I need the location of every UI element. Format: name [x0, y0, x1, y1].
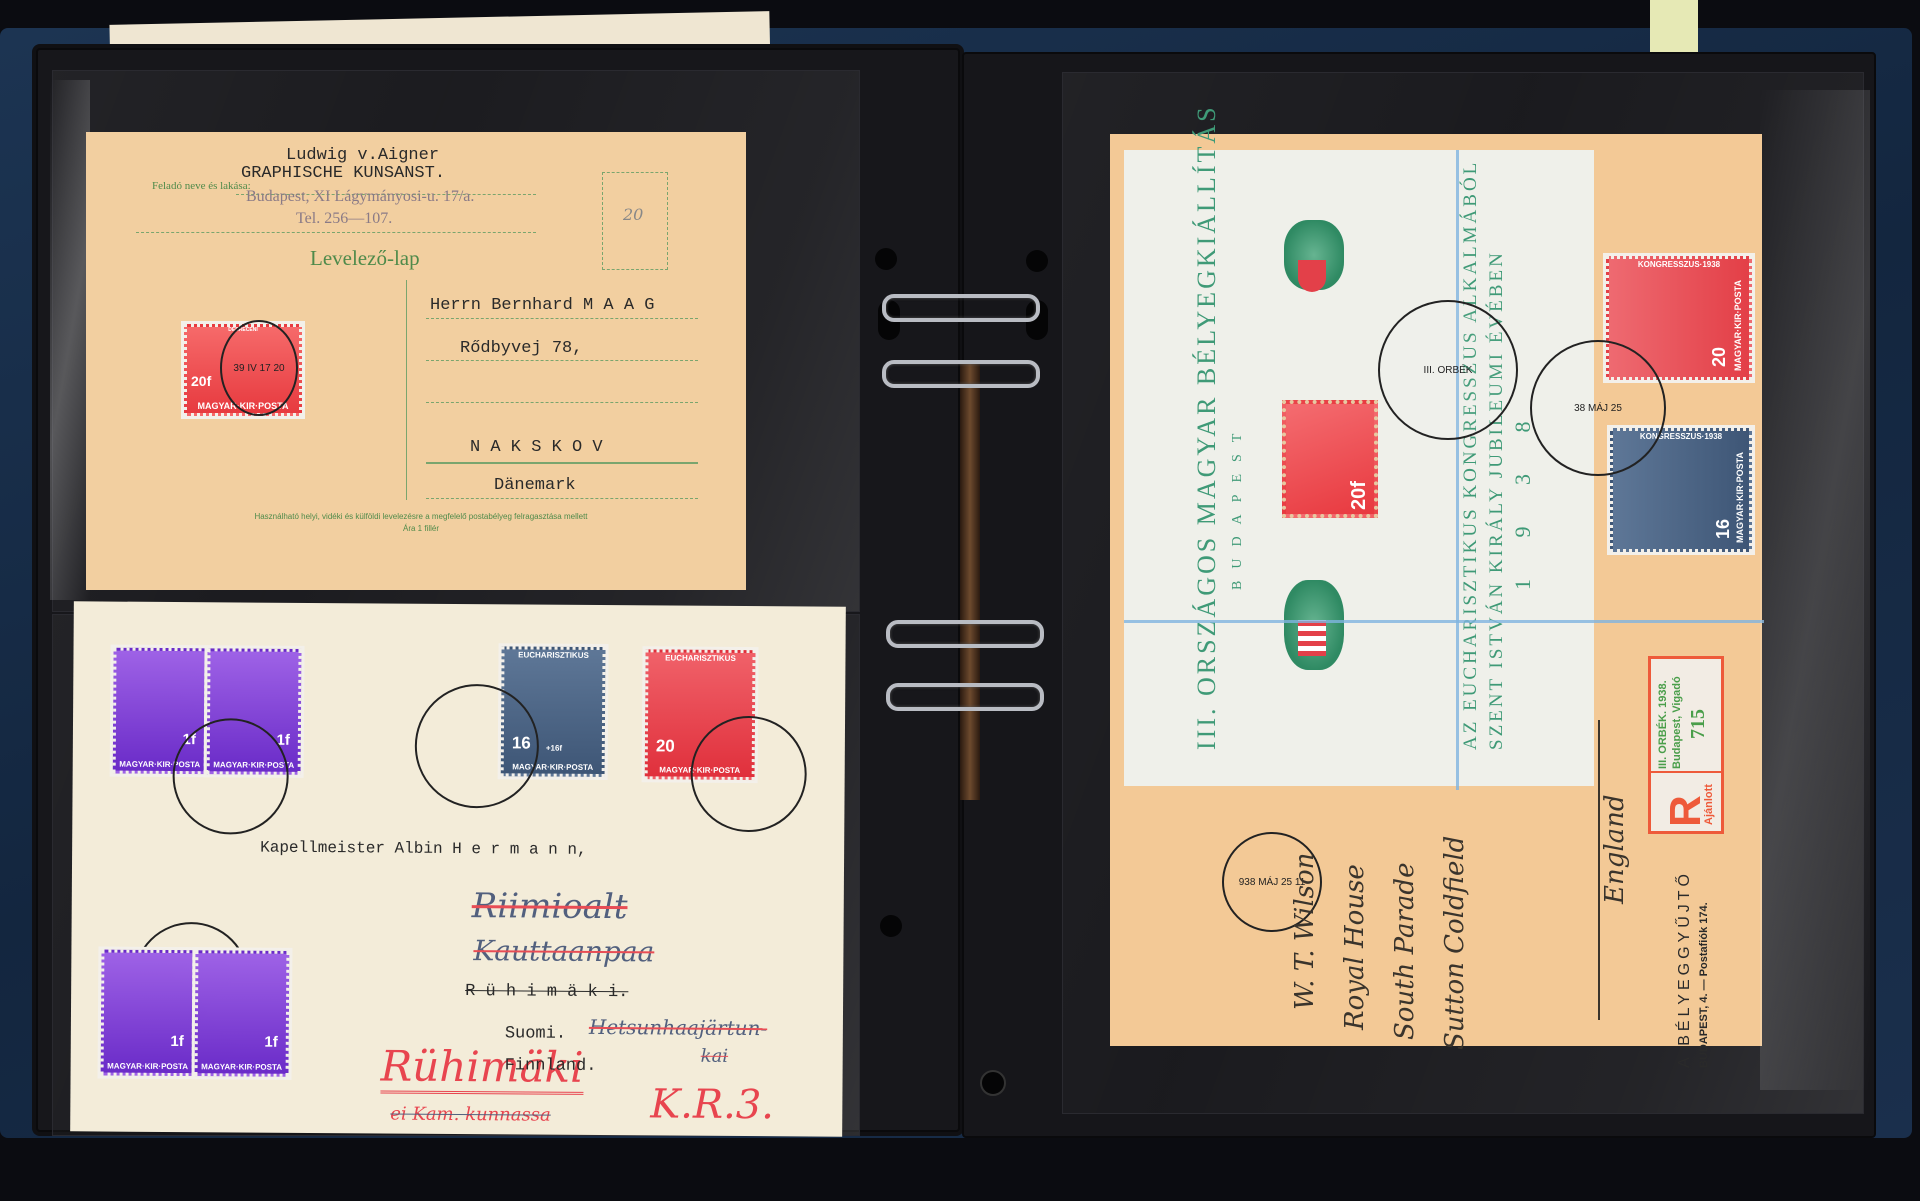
stamp-header: EUCHARISZTIKUS [648, 653, 752, 663]
punch-hole [875, 248, 897, 270]
postcard[interactable]: Ludwig v.Aigner GRAPHISCHE KUNSANST. Fel… [86, 132, 746, 590]
souvenir-sheet[interactable]: III. ORSZÁGOS MAGYAR BÉLYEGKIÁLLÍTÁS BUD… [1124, 150, 1594, 786]
label-divider [1651, 771, 1721, 773]
divider-line [406, 280, 407, 500]
recipient-line: Herrn Bernhard M A A G [430, 296, 654, 315]
struck-address-4: kai [701, 1046, 729, 1067]
stamp-country: MAGYAR·KIR·POSTA [198, 1062, 286, 1072]
red-note: K.R.3. [650, 1081, 774, 1128]
stamp-purple-1f[interactable]: 1f MAGYAR·KIR·POSTA [195, 950, 290, 1077]
postmark-event: III. ORBÉK [1424, 365, 1473, 376]
registration-number: 715 [1687, 709, 1710, 739]
stamp-value: 20 [1709, 347, 1730, 367]
binder-spine [960, 360, 980, 800]
recipient-line: Sutton Coldfield [1440, 836, 1470, 1050]
stamp-purple-1f[interactable]: 1f MAGYAR·KIR·POSTA [101, 950, 196, 1077]
binder-ring [882, 360, 1040, 388]
binder-ring [886, 620, 1044, 648]
sender-name: Ludwig v.Aigner [286, 146, 439, 165]
recipient-country: England [1600, 794, 1630, 904]
sheet-subtitle: BUDAPEST [1230, 422, 1246, 590]
pocket-rivet [980, 1070, 1006, 1096]
envelope-finland[interactable]: 1f MAGYAR·KIR·POSTA 1f MAGYAR·KIR·POSTA … [70, 601, 846, 1136]
dotted-line [426, 318, 698, 319]
sheet-line-1: AZ EUCHARISZTIKUS KONGRESSZUS ALKALMÁBÓL [1460, 160, 1482, 750]
recipient-name: Kapellmeister Albin H e r m a n n, [260, 839, 587, 859]
sender-address: Budapest, XI Lágymányosi-u. 17/a. [246, 188, 474, 206]
stamp-country: MAGYAR·KIR·POSTA [1735, 452, 1745, 543]
punch-hole [880, 915, 902, 937]
sender-label: Feladó neve és lakása: [152, 180, 251, 192]
sheet-title: III. ORSZÁGOS MAGYAR BÉLYEGKIÁLLÍTÁS [1192, 104, 1222, 750]
handwritten-underline [1598, 720, 1600, 1020]
sender-company: GRAPHISCHE KUNSANST. [241, 164, 445, 183]
sender-imprint: A BÉLYEGGYŰJTŐ [1676, 870, 1694, 1068]
sheet-stamp-20f[interactable]: 20f [1282, 400, 1378, 518]
binder-ring [882, 294, 1040, 322]
stamp-header: KONGRESSZUS·1938 [1609, 260, 1749, 269]
dotted-line [426, 360, 698, 361]
dotted-line [426, 402, 698, 403]
footer-note: Használható helyi, vidéki és külföldi le… [156, 512, 686, 521]
stamp-value: 1f [264, 1034, 277, 1051]
recipient-line: Rődbyvej 78, [460, 339, 582, 358]
recipient-country: Dänemark [494, 476, 576, 495]
stamp-value: 20f [191, 373, 211, 389]
recipient-line: South Parade [1390, 863, 1420, 1040]
stamp-value: 20f [1348, 481, 1371, 510]
sender-phone: Tel. 256—107. [296, 210, 392, 228]
stamp-surcharge: +16f [546, 744, 562, 753]
shield-icon [1298, 260, 1326, 292]
stamp-value: 1f [170, 1033, 183, 1050]
struck-typed-city: R ü h i m ä k i. [465, 982, 628, 1002]
typed-country-1: Suomi. [505, 1024, 566, 1043]
postmark-congress [690, 716, 807, 833]
postmark-date: 38 MÁJ 25 [1574, 403, 1622, 414]
card-title: Levelező-lap [310, 246, 420, 271]
underline [426, 462, 698, 464]
registration-text: Ajánlott [1703, 784, 1715, 825]
struck-address-2: Kauttaanpaa [473, 934, 654, 968]
stamp-value: 16 [1713, 519, 1734, 539]
registration-line-2: Budapest, Vigadó [1671, 676, 1683, 769]
dotted-line [136, 232, 536, 233]
postmark-orbek: 38 MÁJ 25 [1530, 340, 1666, 476]
shield-icon [1298, 620, 1326, 656]
sheet-year: 1 9 3 8 [1510, 404, 1536, 591]
struck-address-3: Hetsunhaajärtun- [589, 1015, 767, 1040]
registration-label: III. ORBÉK. 1938. Budapest, Vigadó 715 R… [1648, 656, 1724, 834]
stamp-header: EUCHARISZTIKUS [504, 650, 602, 660]
stamp-value: 20 [656, 736, 675, 756]
registration-line-1: III. ORBÉK. 1938. [1657, 680, 1669, 769]
recipient-city: N A K S K O V [470, 438, 603, 457]
postmark-orbek: III. ORBÉK [1378, 300, 1518, 440]
sender-imprint-address: BUDAPEST, 4. — Postafiók 174. [1698, 902, 1710, 1068]
postmark-congress [414, 684, 539, 809]
stamp-country: MAGYAR·KIR·POSTA [1733, 280, 1743, 371]
recipient-line: W. T. Wilson [1290, 853, 1320, 1010]
binder-ring [886, 683, 1044, 711]
typed-country-2: Finnland. [505, 1056, 597, 1076]
struck-address-1: Riimioalt [472, 886, 628, 927]
struck-address-5: ei Kam. kunnassa [390, 1104, 551, 1126]
recipient-line: Royal House [1340, 864, 1370, 1030]
dotted-line [426, 498, 698, 499]
stamp-box: 20 [602, 172, 668, 270]
postmark-congress [172, 718, 289, 835]
stamp-country: MAGYAR·KIR·POSTA [104, 1062, 192, 1072]
stamp-box-note: 20 [623, 205, 643, 224]
postmark: 39 IV 17 20 [220, 320, 298, 416]
blue-crayon-line [1456, 150, 1459, 790]
blue-crayon-line [1124, 620, 1764, 623]
footer-price: Ára 1 fillér [156, 524, 686, 533]
punch-hole [1026, 250, 1048, 272]
postmark-date: 39 IV 17 20 [233, 363, 284, 374]
